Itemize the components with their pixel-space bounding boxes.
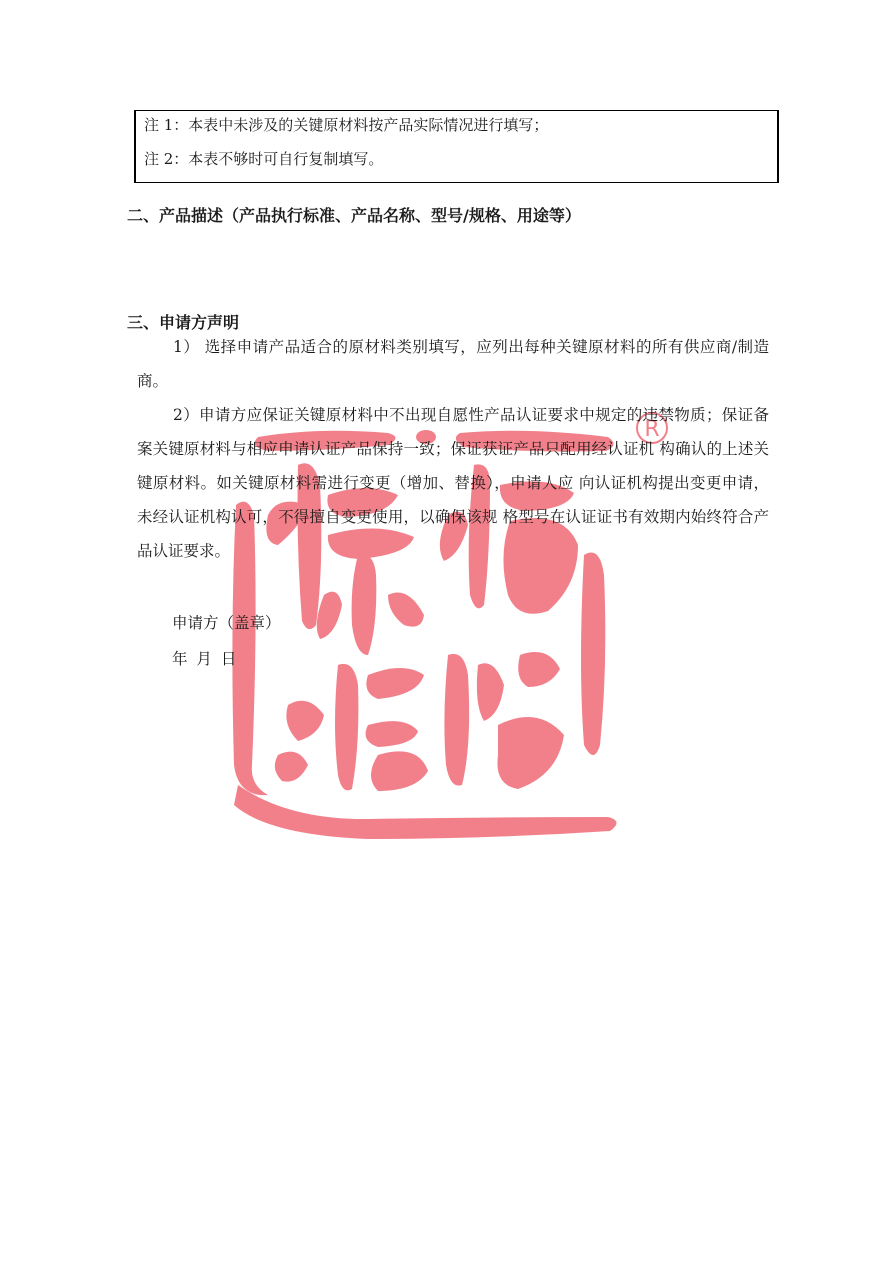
declaration-paragraph-2-text: 2）申请方应保证关键原材料中不出现自愿性产品认证要求中规定的违禁物质；保证备案关… — [137, 406, 769, 560]
declaration-paragraph-2: 2）申请方应保证关键原材料中不出现自愿性产品认证要求中规定的违禁物质；保证备案关… — [137, 398, 769, 568]
applicant-seal-label: 申请方（盖章） — [172, 612, 281, 634]
note-2: 注 2：本表不够时可自行复制填写。 — [144, 149, 383, 169]
note-1: 注 1：本表中未涉及的关键原材料按产品实际情况进行填写； — [144, 115, 548, 135]
declaration-paragraph-1-text: 1） 选择申请产品适合的原材料类别填写，应列出每种关键原材料的所有供应商/制造商… — [137, 338, 769, 390]
document-page: R 注 1：本表中未涉及的关键原材料按产品实际情况进行填写； 注 2：本表不够时… — [0, 0, 893, 1263]
date-label: 年 月 日 — [172, 648, 236, 670]
notes-box: 注 1：本表中未涉及的关键原材料按产品实际情况进行填写； 注 2：本表不够时可自… — [134, 110, 779, 183]
section-product-description-title: 二、产品描述（产品执行标准、产品名称、型号/规格、用途等） — [127, 205, 581, 227]
declaration-paragraph-1: 1） 选择申请产品适合的原材料类别填写，应列出每种关键原材料的所有供应商/制造商… — [137, 330, 769, 398]
